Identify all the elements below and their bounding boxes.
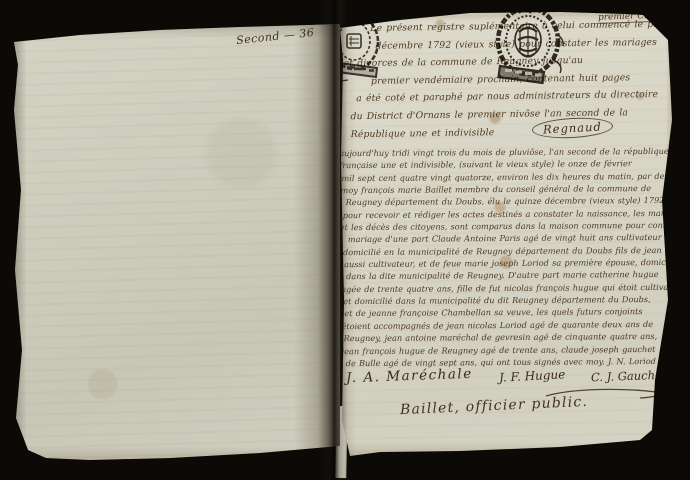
preamble-line: République une et indivisible: [345, 121, 671, 143]
archival-book-scan: Second — 36 premier Ch Le présent regist…: [0, 0, 690, 480]
round-seal-stamp-icon: [486, 4, 578, 94]
right-page: premier Ch Le présent registre suplément…: [336, 8, 676, 464]
signature-marechale: J. A. Maréchale: [346, 366, 473, 386]
signature-gauchet: C. J. Gauchet: [591, 368, 667, 385]
signature-hugue: J. F. Hugue: [498, 367, 565, 384]
corner-annotation: premier Ch: [598, 11, 650, 24]
witness-signatures: J. A. Maréchale J. F. Hugue C. J. Gauche…: [346, 368, 666, 384]
officer-signature: Baillet, officier public.: [400, 394, 589, 418]
act-body: aujourd'huy tridi vingt trois du mois de…: [339, 145, 675, 370]
left-page: Second — 36: [10, 20, 340, 464]
folio-annotation: Second — 36: [236, 26, 315, 47]
